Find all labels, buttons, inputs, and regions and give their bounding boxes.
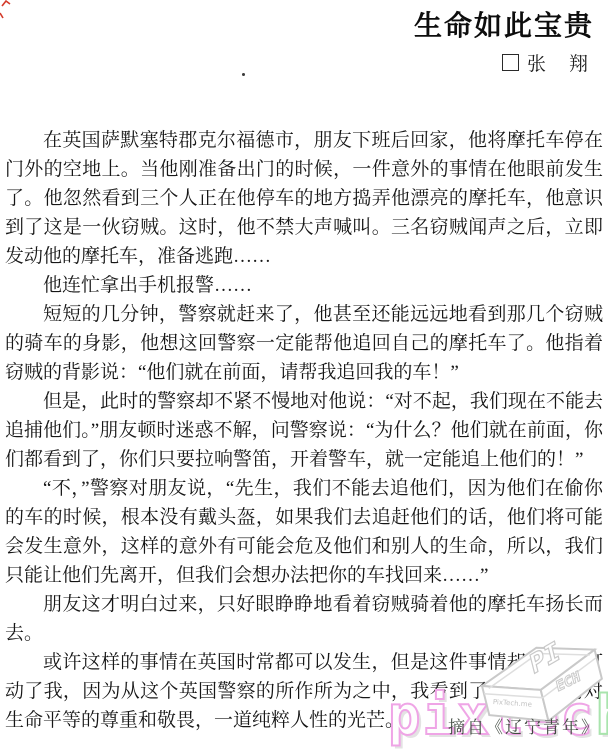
red-mark-icon (2, 1, 10, 6)
page-title: 生命如此宝贵 (414, 4, 594, 44)
author-line: 张 翔 (502, 49, 590, 76)
red-mark-icon (0, 13, 3, 18)
paragraph: 短短的几分钟，警察就赶来了，他甚至还能远远地看到那几个窃贼的骑车的身影，他想这回… (5, 300, 603, 387)
source-attribution: 摘自《辽宁青年》 (448, 713, 600, 738)
scanned-article-page: 生命如此宝贵 张 翔 在英国萨默塞特郡克尔福德市，朋友下班后回家，他将摩托车停在… (0, 0, 608, 750)
paragraph: 在英国萨默塞特郡克尔福德市，朋友下班后回家，他将摩托车停在门外的空地上。当他刚准… (5, 126, 603, 271)
paragraph: 他连忙拿出手机报警…… (5, 271, 603, 300)
paragraph: 朋友这才明白过来，只好眼睁睁地看着窃贼骑着他的摩托车扬长而去。 (5, 590, 603, 648)
author-box-icon (502, 54, 519, 71)
red-proofread-marks (0, 0, 20, 24)
paragraph: “不，”警察对朋友说，“先生，我们不能去追他们，因为他们在偷你的车的时候，根本没… (5, 474, 603, 590)
author-name: 张 翔 (527, 54, 590, 75)
paragraph: 但是，此时的警察却不紧不慢地对他说：“对不起，我们现在不能去追捕他们。”朋友顿时… (5, 387, 603, 474)
ink-speck (242, 73, 245, 76)
article-body: 在英国萨默塞特郡克尔福德市，朋友下班后回家，他将摩托车停在门外的空地上。当他刚准… (5, 126, 603, 735)
